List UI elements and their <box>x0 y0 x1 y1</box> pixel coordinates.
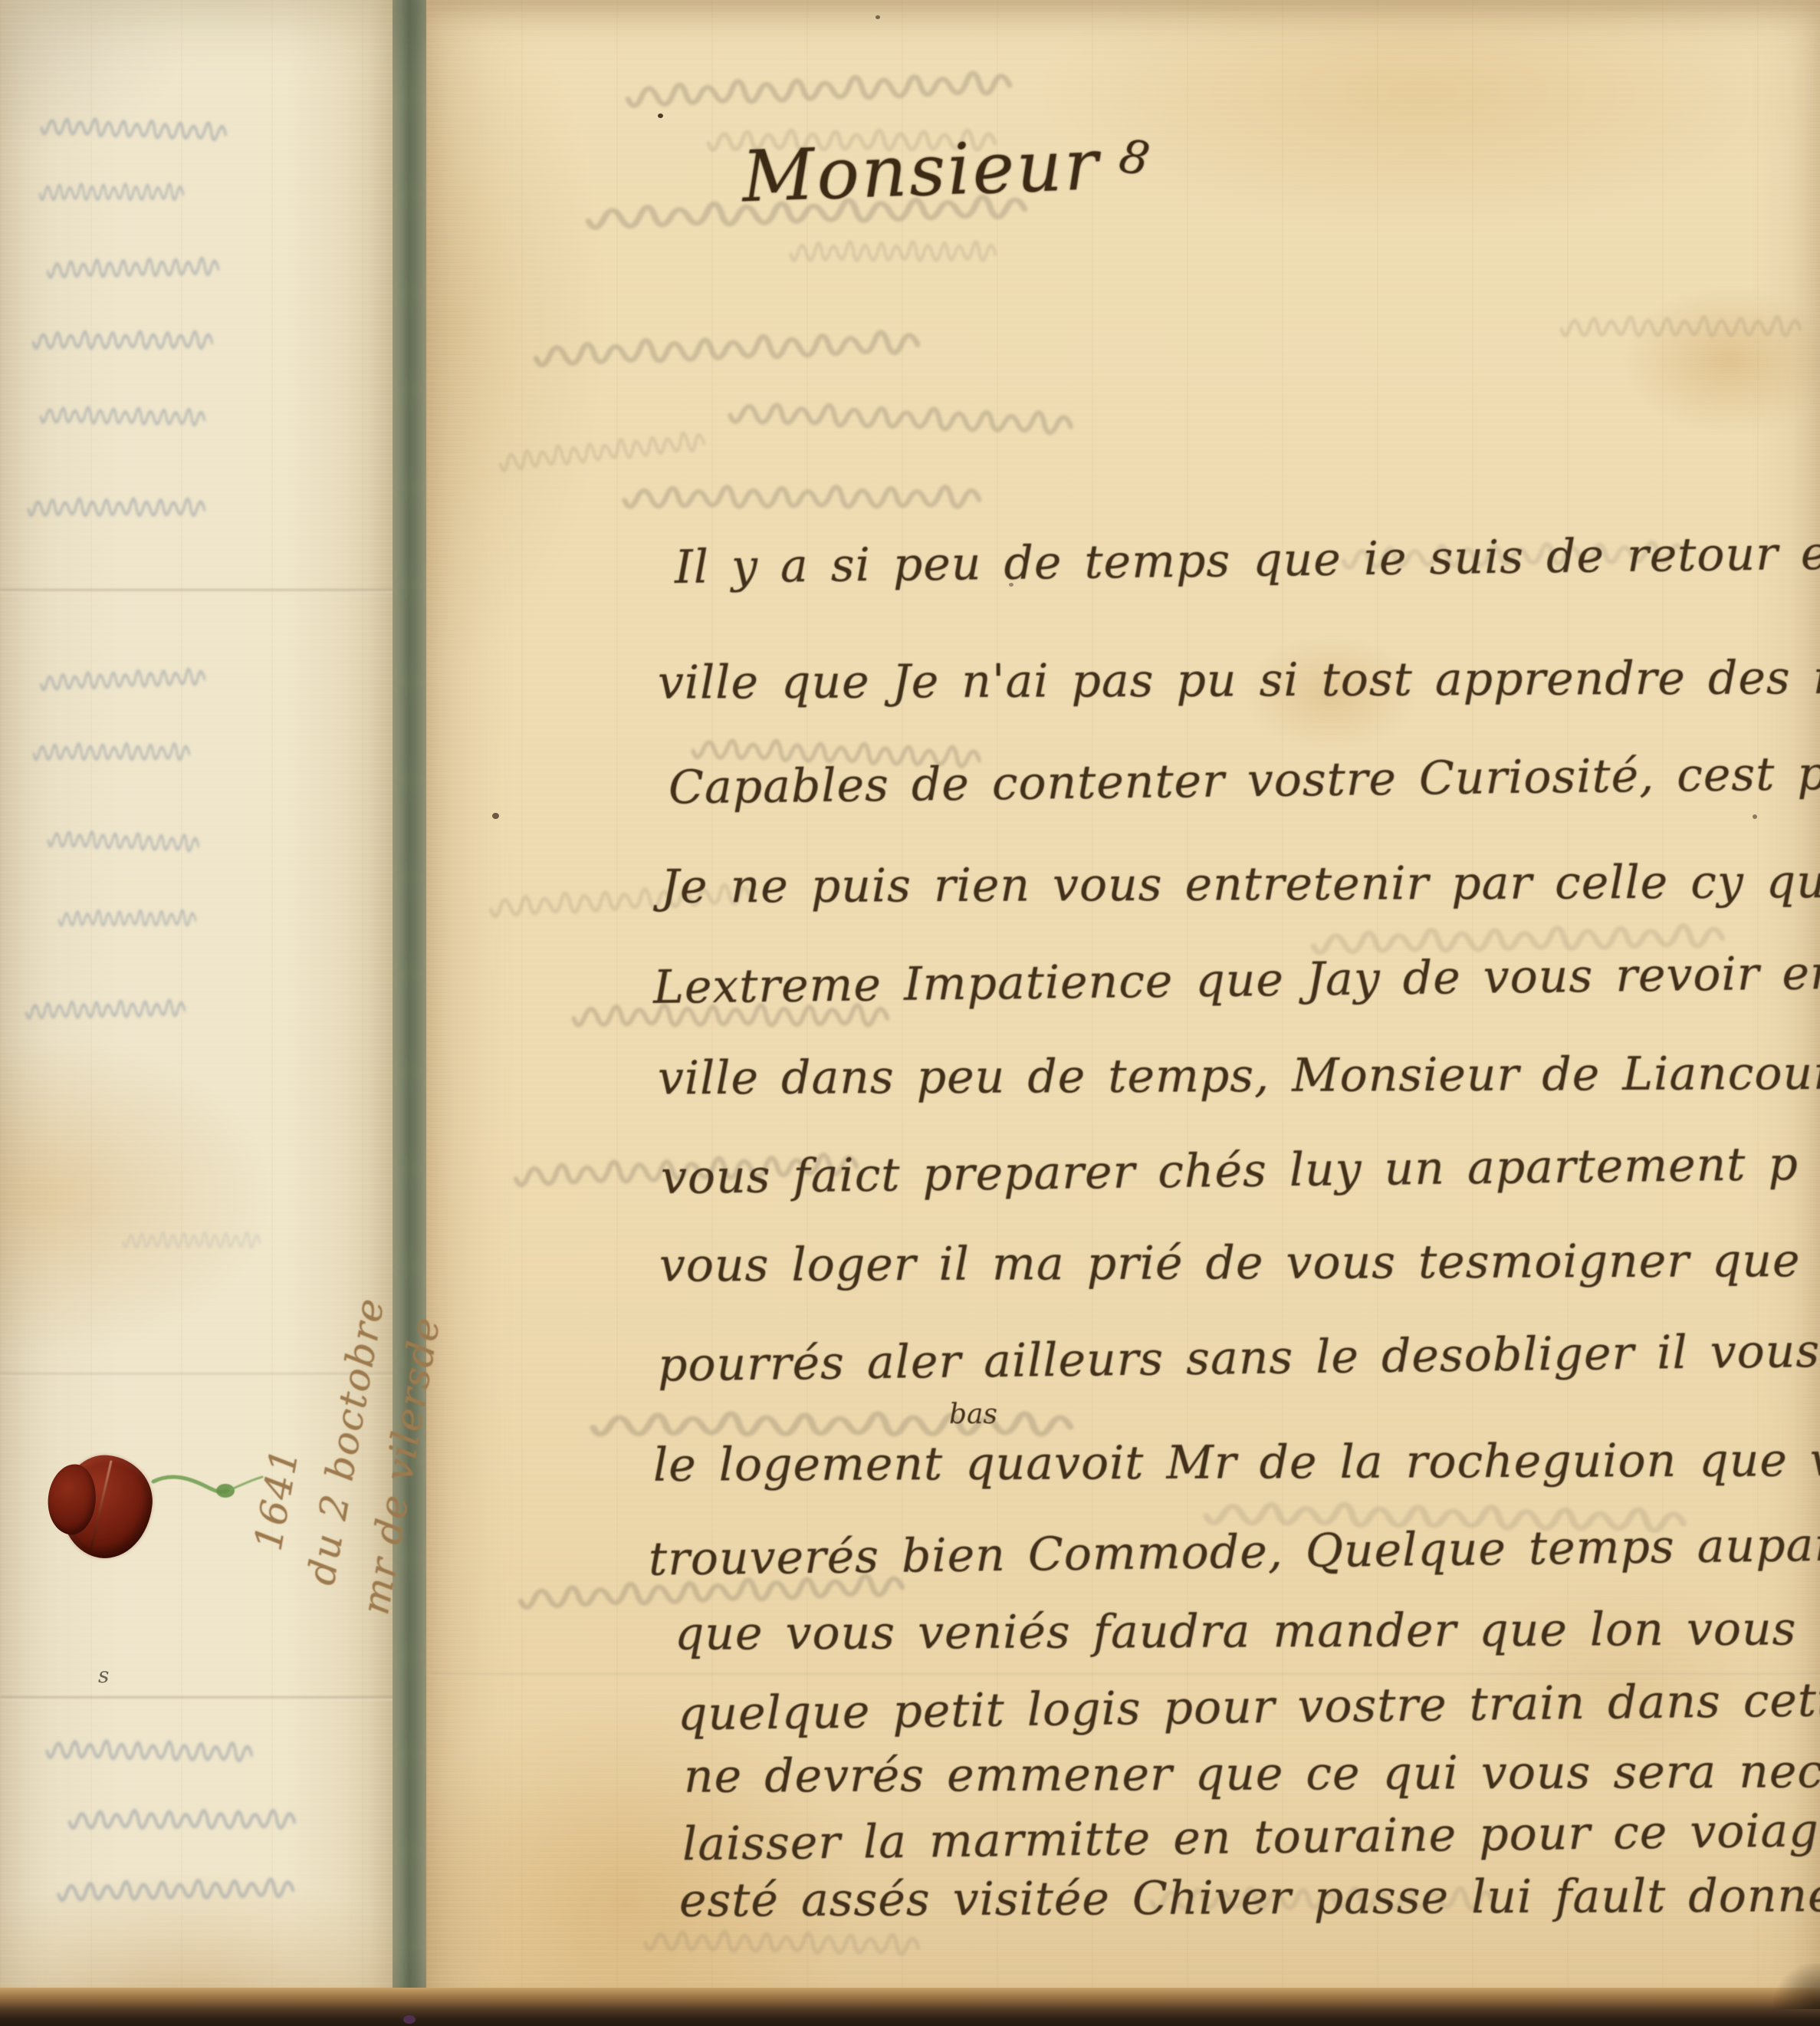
crease-line <box>0 1696 420 1700</box>
bottom-edge <box>0 1988 1820 2026</box>
salutation: Monsieur8 <box>741 122 1153 219</box>
stray-mark: s <box>98 1663 109 1688</box>
bleedthrough-text <box>613 1922 921 1959</box>
ink-speck <box>876 15 880 19</box>
bleedthrough-text <box>1533 310 1802 339</box>
bleedthrough-text <box>21 400 206 428</box>
bleedthrough-text <box>8 994 186 1021</box>
salutation-text: Monsieur <box>741 123 1102 218</box>
bleedthrough-text <box>767 235 997 264</box>
letter-line: esté assés visitée Chiver passe lui faul… <box>679 1868 1820 1927</box>
letter-line: ville dans peu de temps, Monsieur de Lia… <box>658 1047 1820 1106</box>
letter-line: le logement quavoit Mr de la rocheguion … <box>653 1432 1820 1492</box>
letter-line: vous loger il ma prié de vous tesmoigner… <box>659 1234 1820 1293</box>
ink-speck <box>658 113 663 118</box>
ink-speck <box>1009 583 1013 587</box>
salutation-flourish: 8 <box>1115 129 1156 187</box>
corner-shadow <box>1774 1963 1820 2009</box>
bleedthrough-text <box>8 492 205 518</box>
bleedthrough-text <box>23 1732 254 1764</box>
bleedthrough-text <box>23 178 184 202</box>
bleedthrough-text <box>15 738 190 762</box>
ink-speck <box>1753 814 1757 819</box>
letter-line: Je ne puis rien vous entretenir par cell… <box>661 854 1820 913</box>
bleedthrough-text <box>31 1872 295 1904</box>
bleedthrough-text <box>43 905 196 928</box>
letter-line: ne devrés emmener que ce qui vous sera n… <box>684 1744 1820 1803</box>
ribbon-fleck <box>403 2015 416 2024</box>
binding-spine-fold <box>393 0 429 2026</box>
manuscript-scan: Monsieur8 Il y a si peu de temps que ie … <box>0 0 1820 2026</box>
letter-line: que vous veniés faudra mander que lon vo… <box>675 1601 1820 1660</box>
crease-line <box>0 589 396 593</box>
bleedthrough-text <box>107 1227 261 1250</box>
bleedthrough-text <box>12 325 213 351</box>
letter-line: ville que Je n'ai pas pu si tost apprend… <box>658 650 1820 709</box>
interline-insertion: bas <box>949 1399 997 1430</box>
ink-speck <box>492 813 499 819</box>
bleedthrough-text <box>583 479 981 511</box>
bleedthrough-text <box>43 1804 296 1831</box>
bleedthrough-text <box>28 252 220 281</box>
